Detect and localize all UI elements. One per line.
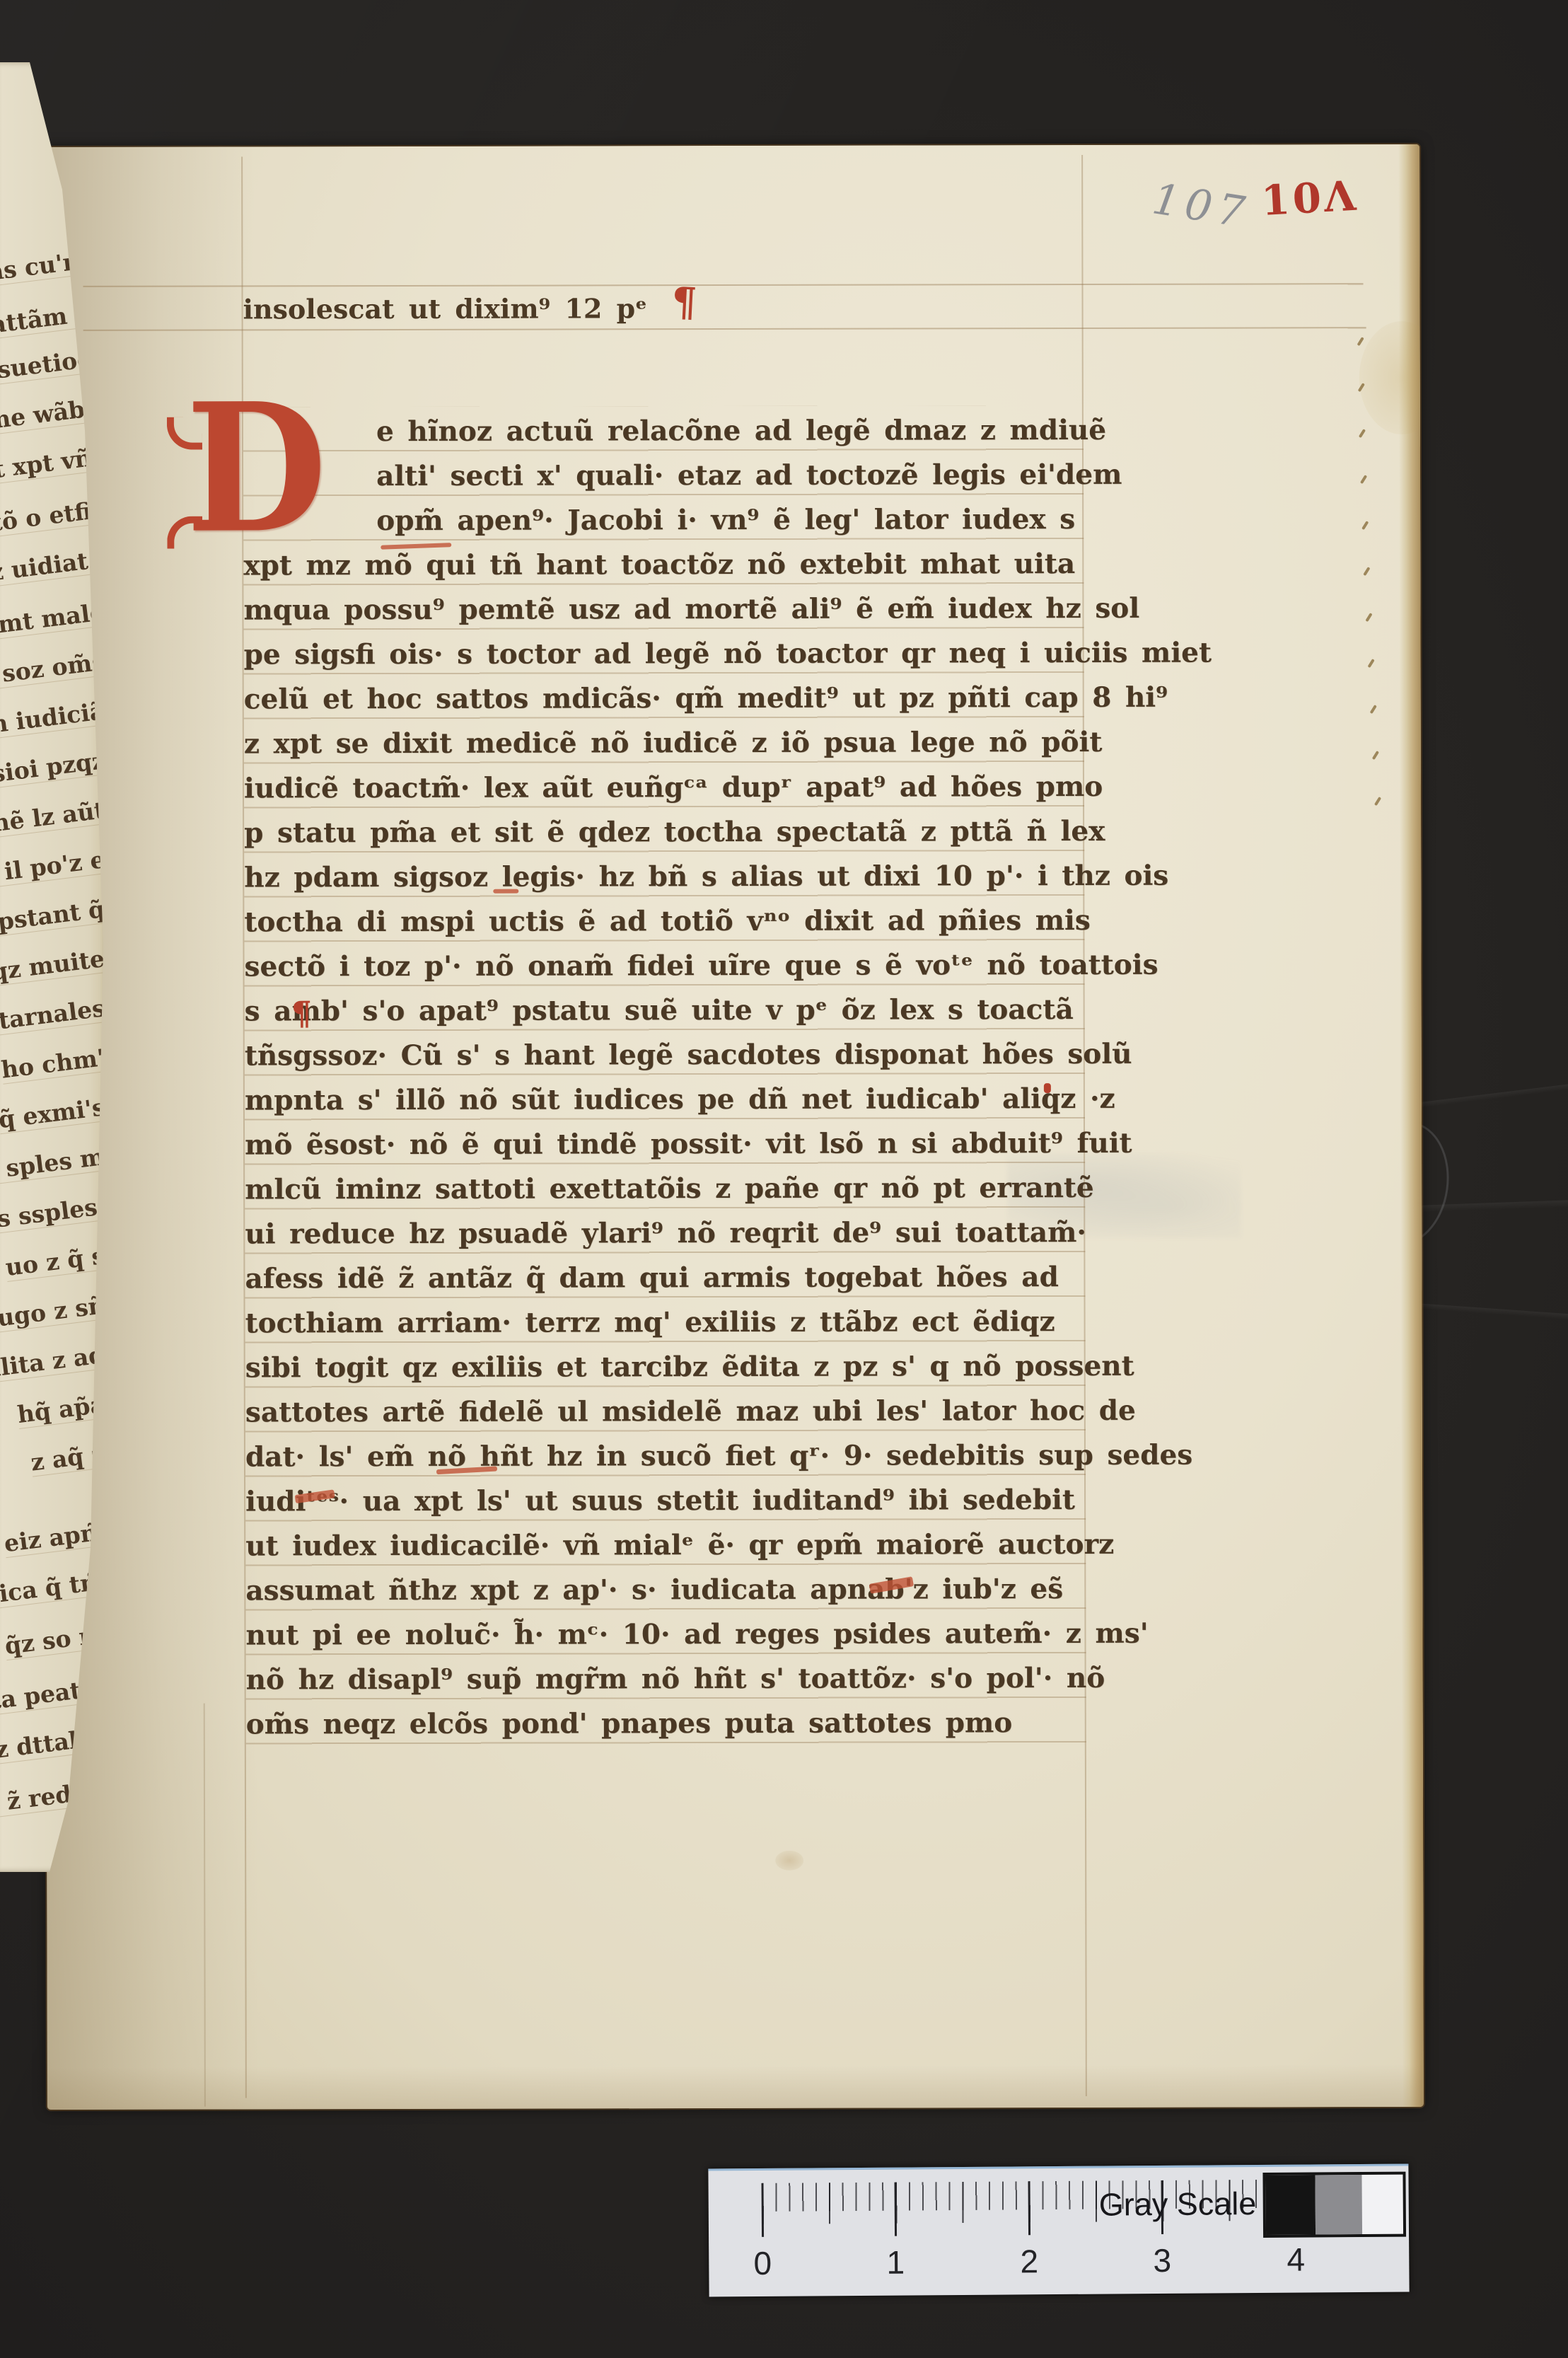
black-patch: [1265, 2175, 1316, 2234]
manuscript-line: mpnta s' illõ nõ sũt iudices pe dñ net i…: [245, 1077, 1116, 1123]
manuscript-line: pe sigsfi ois· s toctor ad legẽ nõ toact…: [244, 631, 1115, 678]
manuscript-line: mlcũ iminz sattoti exettatõis z pañe qr …: [245, 1166, 1116, 1213]
red-pilcrow-icon: ¶: [670, 278, 698, 326]
prick-mark: [1370, 705, 1377, 714]
manuscript-line: nõ hz disapl⁹ sup̃ mgr̃m nõ hñt s' toatt…: [246, 1656, 1117, 1703]
manuscript-line: mõ ẽsost· nõ ẽ qui tindẽ possit· vit lsõ…: [245, 1121, 1116, 1168]
ruler-tick-label: 3: [1148, 2241, 1176, 2279]
prev-page-line: z il po'z e: [0, 845, 106, 889]
header-line: insolescat ut dixim⁹ 12 pᵉ: [243, 289, 648, 329]
manuscript-line: sibi togit qz exiliis et tarcibz ẽdita z…: [245, 1344, 1117, 1391]
red-pilcrow-icon: ¶: [291, 994, 312, 1032]
prick-mark: [1363, 567, 1370, 576]
manuscript-line: mqua possu⁹ pemtẽ usz ad mortẽ ali⁹ ẽ em…: [243, 586, 1115, 633]
parchment-stain: [1359, 321, 1424, 434]
manuscript-line: ui reduce hz psuadẽ ylari⁹ nõ reqrit de⁹…: [245, 1210, 1116, 1257]
prev-page-line: t qz muite: [0, 944, 106, 989]
manuscript-line: celũ et hoc sattos mdicãs· qm̃ medit⁹ ut…: [244, 676, 1115, 722]
prev-page-line: achẽ lz aũt: [0, 796, 106, 841]
prick-mark: [1365, 613, 1372, 622]
ruler-cm-tick: [895, 2183, 898, 2236]
manuscript-line: sectõ i toz p'· nõ onam̃ fidei uĩre que …: [244, 943, 1115, 990]
prev-page-line: hq̃ ap̃a: [16, 1390, 106, 1429]
manuscript-line: tñsgssoz· Cũ s' s hant legẽ sacdotes dis…: [245, 1032, 1116, 1079]
manuscript-line: z xpt se dixit medicẽ nõ iudicẽ z iõ psu…: [244, 720, 1115, 767]
prev-page-line: ho chm': [0, 1044, 106, 1085]
gray-patch: [1315, 2175, 1362, 2234]
manuscript-line: nut pi ee noluc̃· h̃· mᶜ· 10· ad reges p…: [245, 1612, 1117, 1658]
prick-mark: [1374, 797, 1381, 806]
gray-scale-card: 0 1 2 3 4 Gray Scale: [708, 2164, 1409, 2297]
ruler-tick-label: 2: [1015, 2242, 1043, 2280]
manuscript-line: tocthiam arriam· terrz mq' exiliis z ttã…: [245, 1300, 1117, 1346]
prev-page-line: ugo z sñ: [0, 1291, 106, 1332]
prev-page-line: ho sples m: [0, 1143, 106, 1188]
manuscript-line: iudiᵗᵉˢ· ua xpt ls' ut suus stetit iudit…: [245, 1478, 1117, 1525]
prev-page-line: ulita z ad: [0, 1341, 106, 1384]
gray-scale-label: Gray Scale: [1099, 2185, 1257, 2224]
folio-number-pencil: 107: [1149, 174, 1254, 238]
rubricated-initial: D: [185, 390, 327, 545]
manuscript-line: sattotes artẽ fidelẽ ul msidelẽ maz ubi …: [245, 1389, 1117, 1435]
prick-mark: [1359, 429, 1366, 438]
prev-page-line: uo z q̃ s: [4, 1242, 107, 1282]
red-dot: [1044, 1083, 1051, 1093]
folio-number-red: 10Λ: [1260, 172, 1360, 225]
manuscript-line: hz pdam sigsoz legis· hz bñ s alias ut d…: [244, 854, 1115, 901]
parchment-surface: 107 10Λ insolescat ut dixim⁹ 12 pᵉ ¶ D e…: [43, 144, 1424, 2110]
ruler-tick-label: 4: [1282, 2241, 1310, 2279]
manuscript-page: 107 10Λ insolescat ut dixim⁹ 12 pᵉ ¶ D e…: [43, 144, 1424, 2110]
prev-page-line: us ssples': [0, 1192, 106, 1235]
manuscript-line: iudicẽ toactm̃· lex aũt euñgᶜᵃ dupʳ apat…: [244, 765, 1115, 811]
manuscript-line: xpt mz mõ qui tñ hant toactõz nõ extebit…: [243, 542, 1115, 589]
manuscript-photo: 107 10Λ insolescat ut dixim⁹ 12 pᵉ ¶ D e…: [0, 0, 1568, 2358]
bottom-shadow: [47, 2064, 1424, 2110]
ruler-cm-tick: [762, 2183, 765, 2237]
manuscript-line: s amb' s'o apat⁹ pstatu suẽ uite v pᵉ õz…: [245, 988, 1116, 1034]
prev-page-line: q̃ exmi's: [0, 1093, 106, 1134]
gray-scale-patches: [1262, 2172, 1406, 2238]
text-block: D e hĩnoz actuũ relacõne ad legẽ dmaz z …: [243, 408, 1117, 1747]
manuscript-line: dat· ls' em̃ nõ hñt hz in sucõ fiet qʳ· …: [245, 1433, 1117, 1480]
ruling-line-horizontal: [83, 283, 1364, 287]
red-underline: [493, 889, 518, 894]
cloth-fold: [1411, 1082, 1568, 1109]
manuscript-line: afess idẽ z̃ antãz q̃ dam qui armis toge…: [245, 1255, 1116, 1302]
prev-page-line: ur'z pstant q̃: [0, 895, 106, 943]
manuscript-line: assumat ñthz xpt z ap'· s· iudicata apna…: [245, 1567, 1117, 1614]
manuscript-line: ut iudex iudicacilẽ· vñ mialᵉ ẽ· qr epm̃…: [245, 1522, 1117, 1569]
manuscript-line: e hĩnoz actuũ relacõne ad legẽ dmaz z md…: [243, 408, 1115, 455]
ruler-tick-label: 1: [881, 2243, 910, 2281]
cloth-fold: [1411, 1303, 1568, 1321]
manuscript-line: toctha di mspi uctis ẽ ad totiõ vⁿᵒ dixi…: [244, 898, 1115, 945]
manuscript-line: p statu pm̃a et sit ẽ qdez toctha specta…: [244, 809, 1115, 856]
ruler-tick-label: 0: [748, 2244, 777, 2282]
page-edge-stack: [1398, 144, 1424, 2107]
prev-page-line: q sñt tarnales: [0, 994, 106, 1044]
manuscript-line: om̃s neqz elcõs pond' pnapes puta sattot…: [246, 1701, 1117, 1747]
prick-mark: [1367, 659, 1374, 668]
prick-mark: [1361, 521, 1369, 530]
prick-mark: [1357, 337, 1364, 346]
manuscript-line: alti' secti x' quali· etaz ad toctozẽ le…: [243, 453, 1115, 499]
prick-mark: [1372, 751, 1379, 760]
prev-page-line: ssioi pzqz: [0, 746, 106, 790]
prev-page-line: s soz om̃s: [0, 647, 106, 690]
prev-page-line: z m̃ iudiciã: [0, 697, 106, 742]
prick-mark: [1360, 475, 1367, 484]
prev-page-line: ssmt male: [0, 598, 106, 642]
manuscript-line: opm̃ apen⁹· Jacobi i· vn⁹ ẽ leg' lator i…: [243, 497, 1115, 544]
parchment-stain: [775, 1851, 803, 1871]
ruler-cm-tick: [1028, 2181, 1031, 2235]
